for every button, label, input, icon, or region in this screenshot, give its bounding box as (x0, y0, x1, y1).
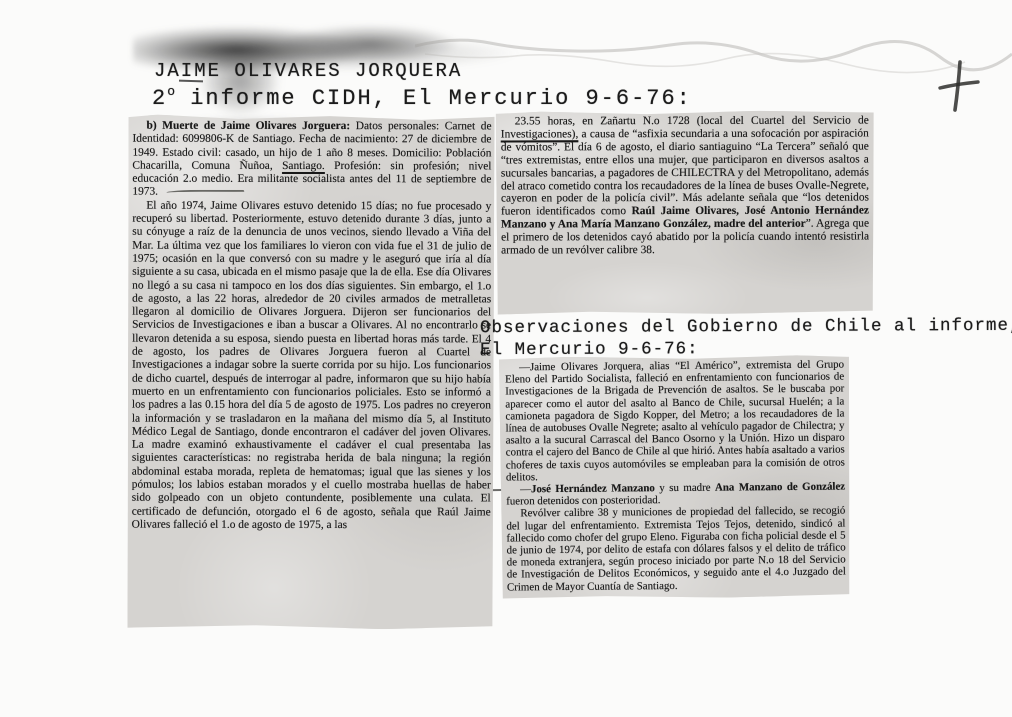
body-text: — (520, 483, 531, 495)
section-heading: Observaciones del Gobierno de Chile al i… (480, 315, 1012, 361)
handwritten-cross-icon (936, 58, 982, 114)
newspaper-clipping-column-left: b) Muerte de Jaime Olivares Jorguera: Da… (127, 115, 494, 630)
clipping-paragraph: El año 1974, Jaime Olivares estuvo deten… (132, 199, 492, 532)
emphasized-text: Ana Manzano de González (715, 481, 845, 494)
clipping-paragraph: Revólver calibre 38 y municiones de prop… (506, 505, 846, 593)
clipping-paragraph: 23.55 horas, en Zañartu N.o 1728 (local … (501, 115, 869, 258)
body-text: Revólver calibre 38 y municiones de prop… (506, 505, 846, 593)
underlined-text: Investigaciones), (501, 128, 579, 140)
emphasized-text: José Hernández Manzano (531, 482, 655, 495)
clipping-paragraph: —Jaime Olivares Jorquera, alias “El Amér… (505, 359, 845, 484)
clipping-paragraph: b) Muerte de Jaime Olivares Jorguera: Da… (132, 120, 491, 201)
subtitle-number: 2 (152, 86, 167, 111)
section-heading-line1: Observaciones del Gobierno de Chile al i… (480, 315, 1012, 339)
underlined-text: Santiago. (282, 160, 325, 172)
pen-dash-mark (166, 190, 244, 196)
newspaper-clipping-column-right: 23.55 horas, en Zañartu N.o 1728 (local … (496, 111, 875, 315)
subtitle-text: informe CIDH, El Mercurio 9-6-76: (175, 86, 692, 111)
body-text: El año 1974, Jaime Olivares estuvo deten… (132, 199, 492, 531)
subtitle-ordinal: o (167, 84, 175, 99)
page-subtitle: 2o informe CIDH, El Mercurio 9-6-76: (152, 84, 692, 111)
body-text: y su madre (655, 482, 715, 495)
body-text: 23.55 horas, en Zañartu N.o 1728 (local … (515, 115, 869, 128)
newspaper-clipping-observations: —Jaime Olivares Jorquera, alias “El Amér… (499, 354, 851, 599)
page-title: JAIME OLIVARES JORQUERA (154, 60, 462, 82)
body-text: fueron detenidos con posterioridad. (506, 494, 660, 507)
torn-paper-edge-line (415, 20, 1012, 80)
emphasized-text: b) Muerte de Jaime Olivares Jorguera: (147, 120, 356, 132)
scanned-document-page: { "colors":{"paper":"#fbfbfa","clipping_… (0, 0, 1012, 717)
clipping-paragraph: —José Hernández Manzano y su madre Ana M… (506, 481, 845, 508)
body-text: —Jaime Olivares Jorquera, alias “El Amér… (505, 359, 845, 484)
